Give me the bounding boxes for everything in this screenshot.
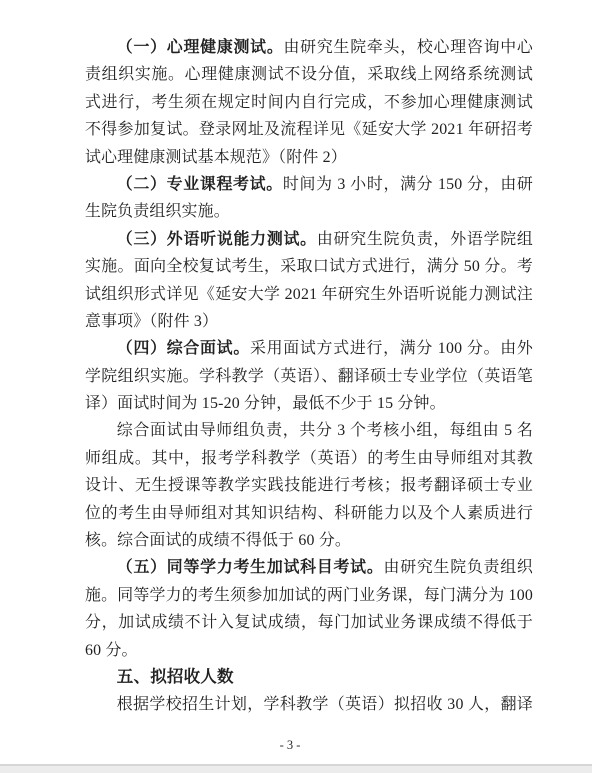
- line-text: 综合面试由导师组负责，共分 3 个考核小组，每组由 5 名教: [117, 422, 533, 444]
- doc-line: 责组织实施。心理健康测试不设分值，采取线上网络系统测试方: [85, 61, 533, 88]
- chapter-5-heading: 五、拟招收人数: [117, 668, 234, 686]
- line-text: 施。同等学力的考生须参加加试的两门业务课，每门满分为 100: [85, 587, 533, 604]
- line-text: 式进行，考生须在规定时间内自行完成，不参加心理健康测试者: [85, 94, 533, 116]
- doc-line: 试组织形式详见《延安大学 2021 年研究生外语听说能力测试注: [85, 281, 533, 308]
- doc-line: 根据学校招生计划，学科教学（英语）拟招收 30 人，翻译: [85, 691, 533, 718]
- doc-line: 不得参加复试。登录网址及流程详见《延安大学 2021 年研招考: [85, 116, 533, 143]
- line-text: 生院负责组织实施。: [85, 203, 230, 220]
- document-page: （一）心理健康测试。由研究生院牵头，校心理咨询中心负 责组织实施。心理健康测试不…: [0, 0, 592, 773]
- line-text: 试心理健康测试基本规范》（附件 2）: [85, 149, 347, 166]
- doc-line: 综合面试由导师组负责，共分 3 个考核小组，每组由 5 名教: [85, 417, 533, 444]
- doc-line: （一）心理健康测试。由研究生院牵头，校心理咨询中心负: [85, 34, 533, 61]
- doc-line: 60 分。: [85, 637, 533, 664]
- line-text: 60 分。: [85, 642, 138, 659]
- doc-line: 式进行，考生须在规定时间内自行完成，不参加心理健康测试者: [85, 89, 533, 116]
- section-1-heading: （一）心理健康测试。: [117, 39, 284, 56]
- doc-line: （五）同等学力考生加试科目考试。由研究生院负责组织实: [85, 554, 533, 581]
- page-bottom-edge: [0, 764, 592, 773]
- doc-line: 学院组织实施。学科教学（英语）、翻译硕士专业学位（英语笔: [85, 363, 533, 390]
- doc-line: 意事项》（附件 3）: [85, 308, 533, 335]
- section-5-heading: （五）同等学力考生加试科目考试。: [117, 559, 384, 576]
- line-text: 不得参加复试。登录网址及流程详见《延安大学 2021 年研招考: [85, 121, 533, 138]
- line-text: 师组成。其中，报考学科教学（英语）的考生由导师组对其教学: [85, 450, 533, 472]
- doc-line: 设计、无生授课等教学实践技能进行考核；报考翻译硕士专业学: [85, 472, 533, 499]
- line-text: 核。综合面试的成绩不得低于 60 分。: [85, 532, 351, 549]
- line-text: 学院组织实施。学科教学（英语）、翻译硕士专业学位（英语笔: [85, 368, 533, 385]
- doc-line: 译）面试时间为 15-20 分钟，最低不少于 15 分钟。: [85, 390, 533, 417]
- doc-line: 师组成。其中，报考学科教学（英语）的考生由导师组对其教学: [85, 445, 533, 472]
- doc-line: （二）专业课程考试。时间为 3 小时，满分 150 分，由研究: [85, 171, 533, 198]
- doc-line: 试心理健康测试基本规范》（附件 2）: [85, 144, 533, 171]
- section-4-heading: （四）综合面试。: [117, 340, 250, 357]
- doc-line: 五、拟招收人数: [85, 664, 533, 691]
- doc-line: （四）综合面试。采用面试方式进行，满分 100 分。由外语: [85, 335, 533, 362]
- doc-line: 实施。面向全校复试考生，采取口试方式进行，满分 50 分。考: [85, 253, 533, 280]
- doc-line: 施。同等学力的考生须参加加试的两门业务课，每门满分为 100: [85, 582, 533, 609]
- section-2-heading: （二）专业课程考试。: [117, 176, 283, 193]
- doc-line: （三）外语听说能力测试。由研究生院负责，外语学院组织: [85, 226, 533, 253]
- doc-line: 分，加试成绩不计入复试成绩，每门加试业务课成绩不得低于: [85, 609, 533, 636]
- doc-line: 位的考生由导师组对其知识结构、科研能力以及个人素质进行考: [85, 500, 533, 527]
- line-text: 根据学校招生计划，学科教学（英语）拟招收 30 人，翻译: [117, 696, 533, 713]
- doc-line: 生院负责组织实施。: [85, 198, 533, 225]
- line-text: 位的考生由导师组对其知识结构、科研能力以及个人素质进行考: [85, 505, 533, 527]
- line-text: 实施。面向全校复试考生，采取口试方式进行，满分 50 分。考: [85, 258, 533, 275]
- line-text: 分，加试成绩不计入复试成绩，每门加试业务课成绩不得低于: [85, 614, 533, 631]
- line-text: 译）面试时间为 15-20 分钟，最低不少于 15 分钟。: [85, 395, 446, 412]
- page-number: - 3 -: [0, 738, 580, 753]
- doc-line: 核。综合面试的成绩不得低于 60 分。: [85, 527, 533, 554]
- line-text: 意事项》（附件 3）: [85, 313, 218, 330]
- document-body: （一）心理健康测试。由研究生院牵头，校心理咨询中心负 责组织实施。心理健康测试不…: [85, 34, 533, 719]
- line-text: 设计、无生授课等教学实践技能进行考核；报考翻译硕士专业学: [85, 477, 533, 499]
- line-text: 责组织实施。心理健康测试不设分值，采取线上网络系统测试方: [85, 66, 533, 88]
- section-3-heading: （三）外语听说能力测试。: [117, 231, 317, 248]
- line-text: 试组织形式详见《延安大学 2021 年研究生外语听说能力测试注: [85, 286, 533, 303]
